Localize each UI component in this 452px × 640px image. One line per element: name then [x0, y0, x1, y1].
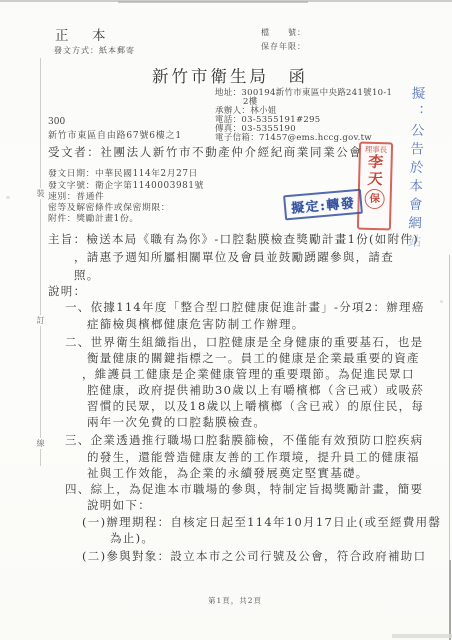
scanned-official-letter: 裝 訂 線 正 本 發文方式：紙本郵寄 檔 號： 保存年限： 新竹市衛生局 函 …	[0, 0, 452, 640]
recipient-address: 新竹市東區自由路67號6樓之1	[48, 128, 182, 141]
delivery-method-label: 發文方式：紙本郵寄	[54, 45, 135, 56]
body-line-subject: 主旨：檢送本局《職有為你》-口腔黏膜檢查獎勵計畫1份(如附件)	[48, 231, 419, 247]
binding-char-xian: 線	[33, 438, 48, 449]
body-line: 照。	[74, 267, 100, 283]
chairman-stamp: 理事長 李 天 保	[357, 142, 393, 231]
page-footer: 第1頁，共2頁	[150, 595, 320, 606]
body-line-explanation-label: 說明：	[48, 283, 86, 299]
binding-char-zhuang: 裝	[33, 188, 48, 199]
body-line: 祉與工作效能，為企業的永續發展奠定堅實基礎。	[87, 465, 369, 481]
body-line-item-3: 三、企業透過推行職場口腔黏膜篩檢，不僅能有效預防口腔疾病	[65, 432, 423, 448]
handwritten-note: 擬：公告於本會網站	[401, 86, 426, 296]
copy-type-label: 正 本	[55, 24, 111, 44]
approval-stamp: 擬定:轉發	[283, 189, 363, 221]
binding-char-ding: 訂	[33, 315, 48, 326]
recipient-line: 受文者：社團法人新竹市不動產仲介經紀商業同業公會	[48, 144, 362, 160]
body-line: 衡量健康的關鍵指標之一。員工的健康是企業最重要的資產	[87, 350, 420, 366]
body-line: ，維護員工健康是企業健康管理的重要環節。為促進民眾口	[82, 366, 415, 382]
handwritten-note-faint: 站	[404, 234, 420, 253]
body-line: 為止)。	[110, 530, 154, 546]
body-line: 腔健康，政府提供補助30歲以上有嚼檳榔（含已戒）或吸菸	[87, 382, 424, 398]
binding-line	[40, 58, 41, 466]
chairman-stamp-name-char2: 天	[359, 171, 391, 189]
handwritten-note-main: 擬：公告於本會網	[405, 86, 425, 234]
retention-period-label: 保存年限：	[261, 41, 306, 52]
document-title: 新竹市衛生局 函	[120, 63, 340, 87]
body-line: 症篩檢與檳榔健康危害防制工作辦理。	[87, 316, 305, 332]
scan-speck	[440, 300, 443, 303]
body-line-subitem-1: (一)辦理期程：自核定日起至114年10月17日止(或至經費用罄	[82, 514, 441, 530]
body-line-item-1: 一、依據114年度「整合型口腔健康促進計畫」-分項2：辦理癌	[65, 299, 425, 315]
meta-attachment: 附件：獎勵計畫1份。	[48, 211, 139, 224]
scan-corner-smudge	[392, 634, 452, 638]
file-number-label: 檔 號：	[261, 27, 306, 38]
chairman-stamp-name-char1: 李	[360, 154, 392, 172]
chairman-seal-icon: 保	[364, 189, 385, 210]
body-line-item-2: 二、世界衛生組織指出，口腔健康是全身健康的重要基石，也是	[65, 334, 423, 350]
body-line: ，請惠予週知所屬相關單位及會員並鼓勵踴躍參與，請查	[74, 249, 394, 265]
body-line: 兩年一次免費的口腔黏膜檢查。	[87, 414, 266, 430]
scan-speck	[6, 196, 10, 199]
body-line: 說明如下：	[87, 497, 151, 513]
body-line-subitem-2: (二)參與對象：設立本市之公司行號及公會，符合政府補助口	[82, 548, 426, 564]
body-line-item-4: 四、綜上，為促進本市職場的參與，特制定旨揭獎勵計畫，簡要	[65, 481, 423, 497]
body-line: 的發生，還能營造健康友善的工作環境，提升員工的健康福	[87, 449, 420, 465]
sender-contact-block: 地址：300194新竹市東區中央路241號10-1 2樓 承辦人：林小姐 電話：…	[215, 89, 392, 143]
recipient-zip: 300	[48, 117, 65, 127]
scan-edge-right-dark	[449, 560, 451, 640]
sender-address-line1: 地址：300194新竹市東區中央路241號10-1	[215, 89, 392, 98]
body-line: 習慣的民眾，以及18歲以上嚼檳榔（含已戒）的原住民，每	[87, 398, 424, 414]
scan-edge-top-smudge	[118, 1, 308, 3]
